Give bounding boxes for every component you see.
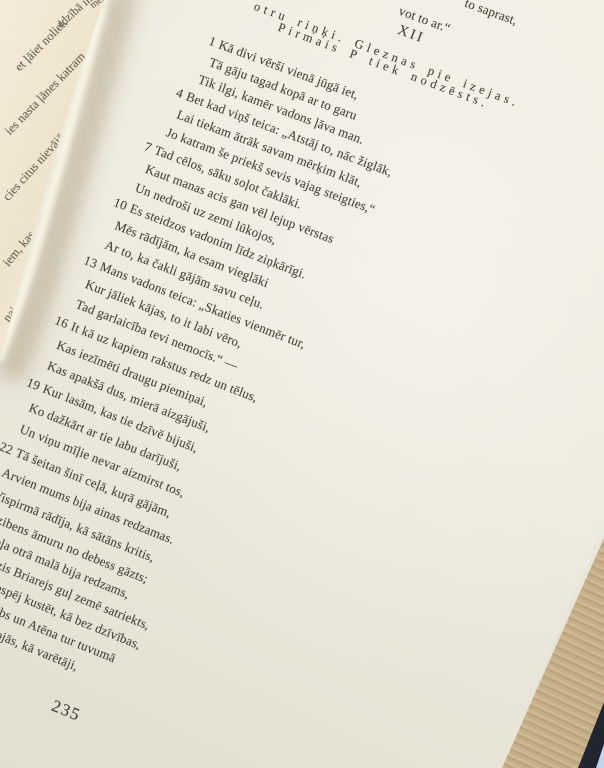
verse-line-number: 10	[112, 194, 134, 214]
verse-line-number: 4	[174, 85, 189, 103]
verse-line-number: 22	[0, 439, 19, 459]
left-page-text-fragment: cies citus nievājās	[0, 127, 72, 204]
previous-canto-line-fragment-1: to saprast,	[463, 0, 520, 29]
verse-line-number: 16	[53, 312, 75, 332]
verse-line-number: 7	[143, 139, 158, 157]
verse-line-number: 13	[82, 252, 104, 272]
book-photo: 1Kā divi vērši vienā jūgā iet,Tā gāju ta…	[0, 0, 604, 768]
verse-line-number: 1	[207, 33, 222, 51]
left-page-text-fragment: nai,	[0, 301, 23, 325]
verse-line-number: 19	[25, 374, 47, 394]
page-number: 235	[49, 696, 84, 726]
left-page-text-fragment: jāli	[0, 355, 18, 373]
